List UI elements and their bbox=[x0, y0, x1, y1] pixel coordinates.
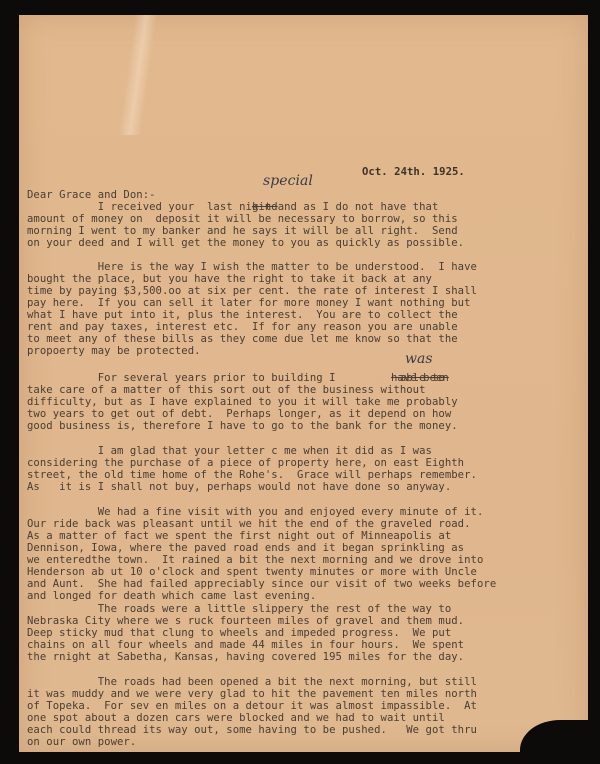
body-line: time by paying $3,500.oo at six per cent… bbox=[27, 285, 477, 297]
body-line: As it is I shall not buy, perhaps would … bbox=[27, 481, 451, 493]
body-line: we enteredthe town. It rained a bit the … bbox=[27, 554, 483, 566]
body-line: pay here. If you can sell it later for m… bbox=[27, 297, 471, 309]
body-line: the rnight at Sabetha, Kansas, having co… bbox=[27, 651, 464, 663]
body-line: Nebraska City where we s ruck fourteen m… bbox=[27, 615, 464, 627]
body-line: For several years prior to building I ab… bbox=[27, 372, 445, 384]
body-line: and Aunt. She had failed appreciably sin… bbox=[27, 578, 496, 590]
body-line: Henderson ab ut 10 o'clock and spent twe… bbox=[27, 566, 477, 578]
body-line: Here is the way I wish the matter to be … bbox=[27, 261, 477, 273]
body-line: on your deed and I will get the money to… bbox=[27, 237, 464, 249]
letter-date: Oct. 24th. 1925. bbox=[362, 166, 465, 178]
body-line: what I have put into it, plus the intere… bbox=[27, 309, 458, 321]
paper-crease bbox=[119, 15, 158, 135]
body-line: and longed for death which came last eve… bbox=[27, 590, 316, 602]
salutation: Dear Grace and Don:- bbox=[27, 189, 156, 201]
body-line: rent and pay taxes, interest etc. If for… bbox=[27, 321, 458, 333]
torn-corner bbox=[520, 720, 590, 754]
body-line: As a matter of fact we spent the first n… bbox=[27, 530, 451, 542]
body-line: The roads were a little slippery the res… bbox=[27, 603, 451, 615]
body-line: of Topeka. For sev en miles on a detour … bbox=[27, 700, 477, 712]
body-line: difficulty, but as I have explained to y… bbox=[27, 396, 458, 408]
body-line: The roads had been opened a bit the next… bbox=[27, 676, 477, 688]
letter-page: Oct. 24th. 1925. Dear Grace and Don:- sp… bbox=[19, 15, 588, 752]
body-line: propoerty may be protected. bbox=[27, 345, 201, 357]
body-line: Deep sticky mud that clung to wheels and… bbox=[27, 627, 451, 639]
handwritten-special: special bbox=[263, 175, 313, 187]
body-line: Dennison, Iowa, where the paved road end… bbox=[27, 542, 464, 554]
body-line: on our own power. bbox=[27, 736, 136, 748]
body-line: it was muddy and we were very glad to hi… bbox=[27, 688, 477, 700]
handwritten-was: was bbox=[405, 353, 433, 365]
body-line: to meet any of these bills as they come … bbox=[27, 333, 458, 345]
body-line: Our ride back was pleasant until we hit … bbox=[27, 518, 471, 530]
body-line: amount of money on deposit it will be ne… bbox=[27, 213, 458, 225]
body-line: considering the purchase of a piece of p… bbox=[27, 457, 464, 469]
body-line: We had a fine visit with you and enjoyed… bbox=[27, 506, 483, 518]
body-line: street, the old time home of the Rohe's.… bbox=[27, 469, 477, 481]
body-line: I am glad that your letter c me when it … bbox=[27, 445, 432, 457]
body-line: morning I went to my banker and he says … bbox=[27, 225, 458, 237]
body-line: each could thread its way out, some havi… bbox=[27, 724, 477, 736]
body-line: take care of a matter of this sort out o… bbox=[27, 384, 426, 396]
body-line: chains on all four wheels and made 44 mi… bbox=[27, 639, 464, 651]
body-line: I received your last nig t and as I do n… bbox=[27, 201, 438, 213]
body-line: one spot about a dozen cars were blocked… bbox=[27, 712, 445, 724]
body-line: two years to get out of debt. Perhaps lo… bbox=[27, 408, 451, 420]
body-line: bought the place, but you have the right… bbox=[27, 273, 432, 285]
body-line: good business is, therefore I have to go… bbox=[27, 420, 458, 432]
